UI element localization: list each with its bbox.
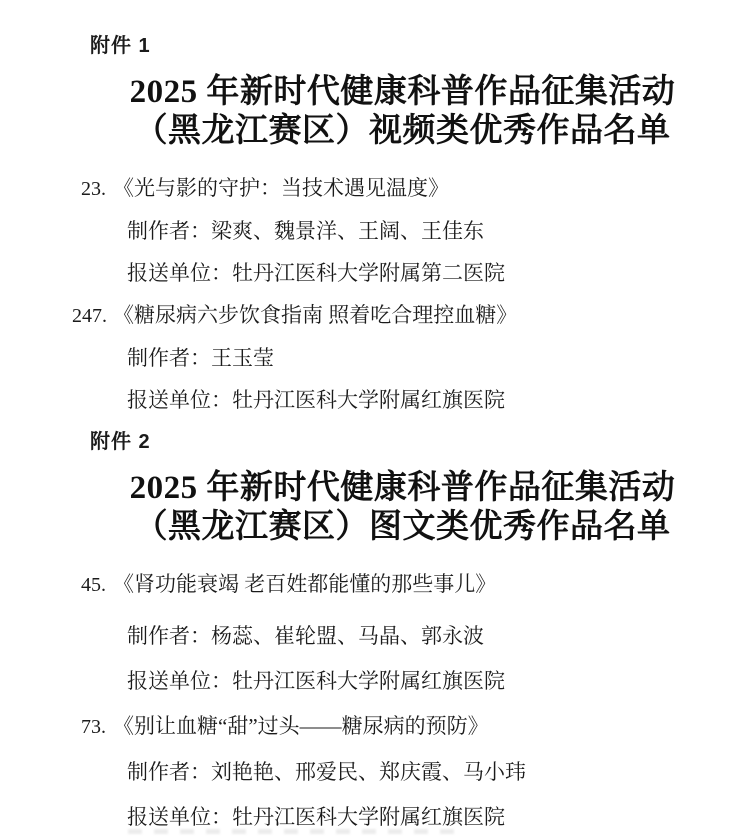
section-1-title-line-2: （黑龙江赛区）视频类优秀作品名单 [55,112,750,151]
creators-names: 梁爽、魏景洋、王阔、王佳东 [211,219,484,243]
entry-title: 《光与影的守护：当技术遇见温度》 [113,176,449,200]
section-2-title: 2025 年新时代健康科普作品征集活动 （黑龙江赛区）图文类优秀作品名单 [0,469,750,547]
unit-label: 报送单位： [127,669,232,693]
entry-title: 《肾功能衰竭 老百姓都能懂的那些事儿》 [113,572,496,596]
list-item: 45.《肾功能衰竭 老百姓都能懂的那些事儿》 制作者：杨蕊、崔轮盟、马晶、郭永波… [0,573,750,693]
entry-number: 73. [72,716,106,739]
entry-title: 《糖尿病六步饮食指南 照着吃合理控血糖》 [113,303,517,327]
entry-creators-line: 制作者：梁爽、魏景洋、王阔、王佳东 [0,220,750,243]
unit-name: 牡丹江医科大学附属红旗医院 [232,388,505,412]
entry-title-line: 247.《糖尿病六步饮食指南 照着吃合理控血糖》 [0,304,750,328]
creators-names: 王玉莹 [211,346,274,370]
list-item: 23.《光与影的守护：当技术遇见温度》 制作者：梁爽、魏景洋、王阔、王佳东 报送… [0,177,750,285]
section-1-title: 2025 年新时代健康科普作品征集活动 （黑龙江赛区）视频类优秀作品名单 [0,73,750,151]
entry-creators-line: 制作者：刘艳艳、邢爱民、郑庆霞、马小玮 [0,761,750,784]
list-item: 247.《糖尿病六步饮食指南 照着吃合理控血糖》 制作者：王玉莹 报送单位：牡丹… [0,304,750,412]
unit-label: 报送单位： [127,388,232,412]
unit-label: 报送单位： [127,805,232,829]
section-2-title-line-2: （黑龙江赛区）图文类优秀作品名单 [55,508,750,547]
entry-unit-line: 报送单位：牡丹江医科大学附属第二医院 [0,262,750,285]
entry-creators-line: 制作者：王玉莹 [0,347,750,370]
scan-artifact-cutoff-line [128,829,458,834]
list-item: 73.《别让血糖“甜”过头——糖尿病的预防》 制作者：刘艳艳、邢爱民、郑庆霞、马… [0,715,750,829]
section-1-entries: 23.《光与影的守护：当技术遇见温度》 制作者：梁爽、魏景洋、王阔、王佳东 报送… [0,177,750,412]
section-2-entries: 45.《肾功能衰竭 老百姓都能懂的那些事儿》 制作者：杨蕊、崔轮盟、马晶、郭永波… [0,573,750,829]
entry-number: 23. [72,178,106,201]
document-page: 附件 1 2025 年新时代健康科普作品征集活动 （黑龙江赛区）视频类优秀作品名… [0,0,750,838]
section-1-title-line-1: 2025 年新时代健康科普作品征集活动 [55,73,750,112]
entry-number: 45. [72,574,106,597]
creators-label: 制作者： [127,760,211,784]
unit-name: 牡丹江医科大学附属第二医院 [232,261,505,285]
creators-names: 刘艳艳、邢爱民、郑庆霞、马小玮 [211,760,526,784]
entry-unit-line: 报送单位：牡丹江医科大学附属红旗医院 [0,806,750,829]
unit-label: 报送单位： [127,261,232,285]
creators-label: 制作者： [127,219,211,243]
attachment-1-label: 附件 1 [90,0,750,57]
entry-unit-line: 报送单位：牡丹江医科大学附属红旗医院 [0,670,750,693]
creators-label: 制作者： [127,346,211,370]
creators-label: 制作者： [127,624,211,648]
section-2-title-line-1: 2025 年新时代健康科普作品征集活动 [55,469,750,508]
creators-names: 杨蕊、崔轮盟、马晶、郭永波 [211,624,484,648]
attachment-section-1: 附件 1 2025 年新时代健康科普作品征集活动 （黑龙江赛区）视频类优秀作品名… [0,0,750,412]
unit-name: 牡丹江医科大学附属红旗医院 [232,669,505,693]
attachment-section-2: 附件 2 2025 年新时代健康科普作品征集活动 （黑龙江赛区）图文类优秀作品名… [0,431,750,829]
entry-title-line: 45.《肾功能衰竭 老百姓都能懂的那些事儿》 [0,573,750,597]
entry-title-line: 73.《别让血糖“甜”过头——糖尿病的预防》 [0,715,750,739]
entry-title: 《别让血糖“甜”过头——糖尿病的预防》 [113,714,489,738]
attachment-2-label: 附件 2 [90,431,750,453]
entry-number: 247. [72,305,106,328]
entry-creators-line: 制作者：杨蕊、崔轮盟、马晶、郭永波 [0,625,750,648]
entry-unit-line: 报送单位：牡丹江医科大学附属红旗医院 [0,389,750,412]
entry-title-line: 23.《光与影的守护：当技术遇见温度》 [0,177,750,201]
unit-name: 牡丹江医科大学附属红旗医院 [232,805,505,829]
